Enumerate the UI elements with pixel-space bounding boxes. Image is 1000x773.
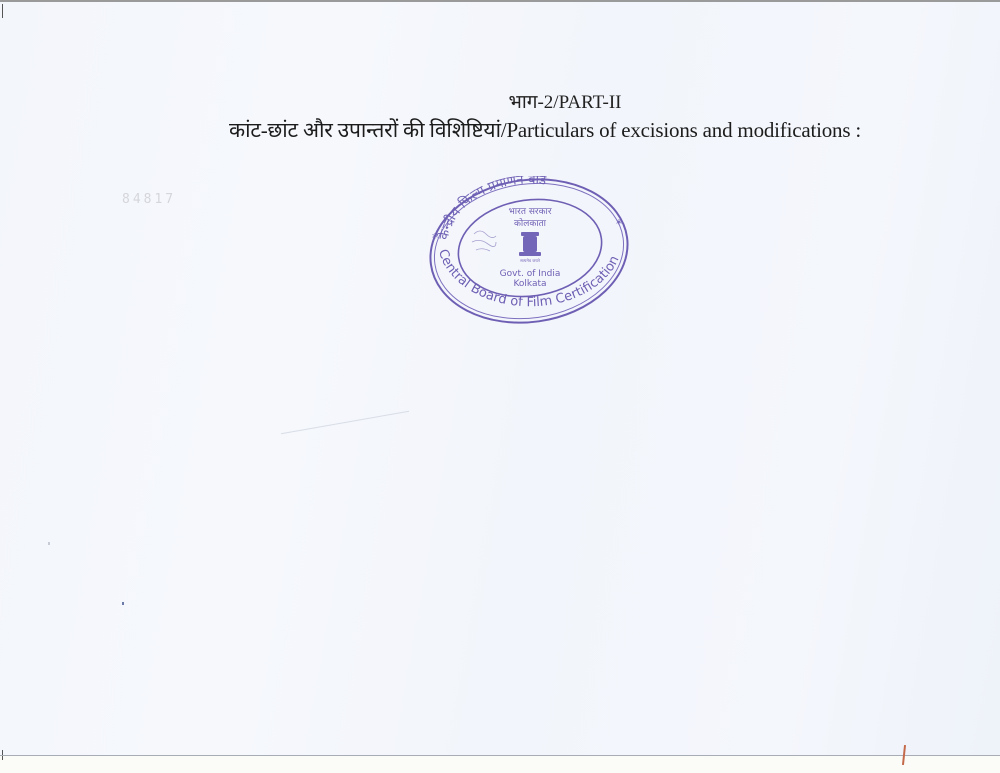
emblem-icon — [519, 232, 541, 256]
stamp-inner-english-2: Kolkata — [513, 279, 546, 289]
section-heading: कांट-छांट और उपान्तरों की विशिष्टियां/Pa… — [229, 116, 861, 144]
paper-crease — [281, 411, 409, 435]
signature-scribble — [472, 231, 496, 251]
scan-edge-mark — [2, 4, 3, 18]
emblem-motto: सत्यमेव जयते — [520, 258, 540, 263]
stamp-star-right: * — [616, 217, 622, 231]
stamp-inner-hindi-2: कोलकाता — [514, 217, 547, 229]
faint-serial-number: 84817 — [122, 192, 176, 207]
page-edge — [0, 755, 1000, 756]
stamp-star-left: * — [432, 231, 438, 245]
ink-speck — [122, 602, 124, 605]
stamp-inner-hindi-1: भारत सरकार — [508, 207, 551, 217]
part-title: भाग-2/PART-II — [0, 88, 1000, 114]
stamp-inner-english-1: Govt. of India — [500, 269, 561, 279]
cbfc-stamp: केन्द्रीय फिल्म प्रमाणन बोर्ड Central Bo… — [426, 176, 632, 326]
ink-speck — [48, 542, 50, 545]
document-page: भाग-2/PART-II कांट-छांट और उपान्तरों की … — [0, 0, 1000, 756]
